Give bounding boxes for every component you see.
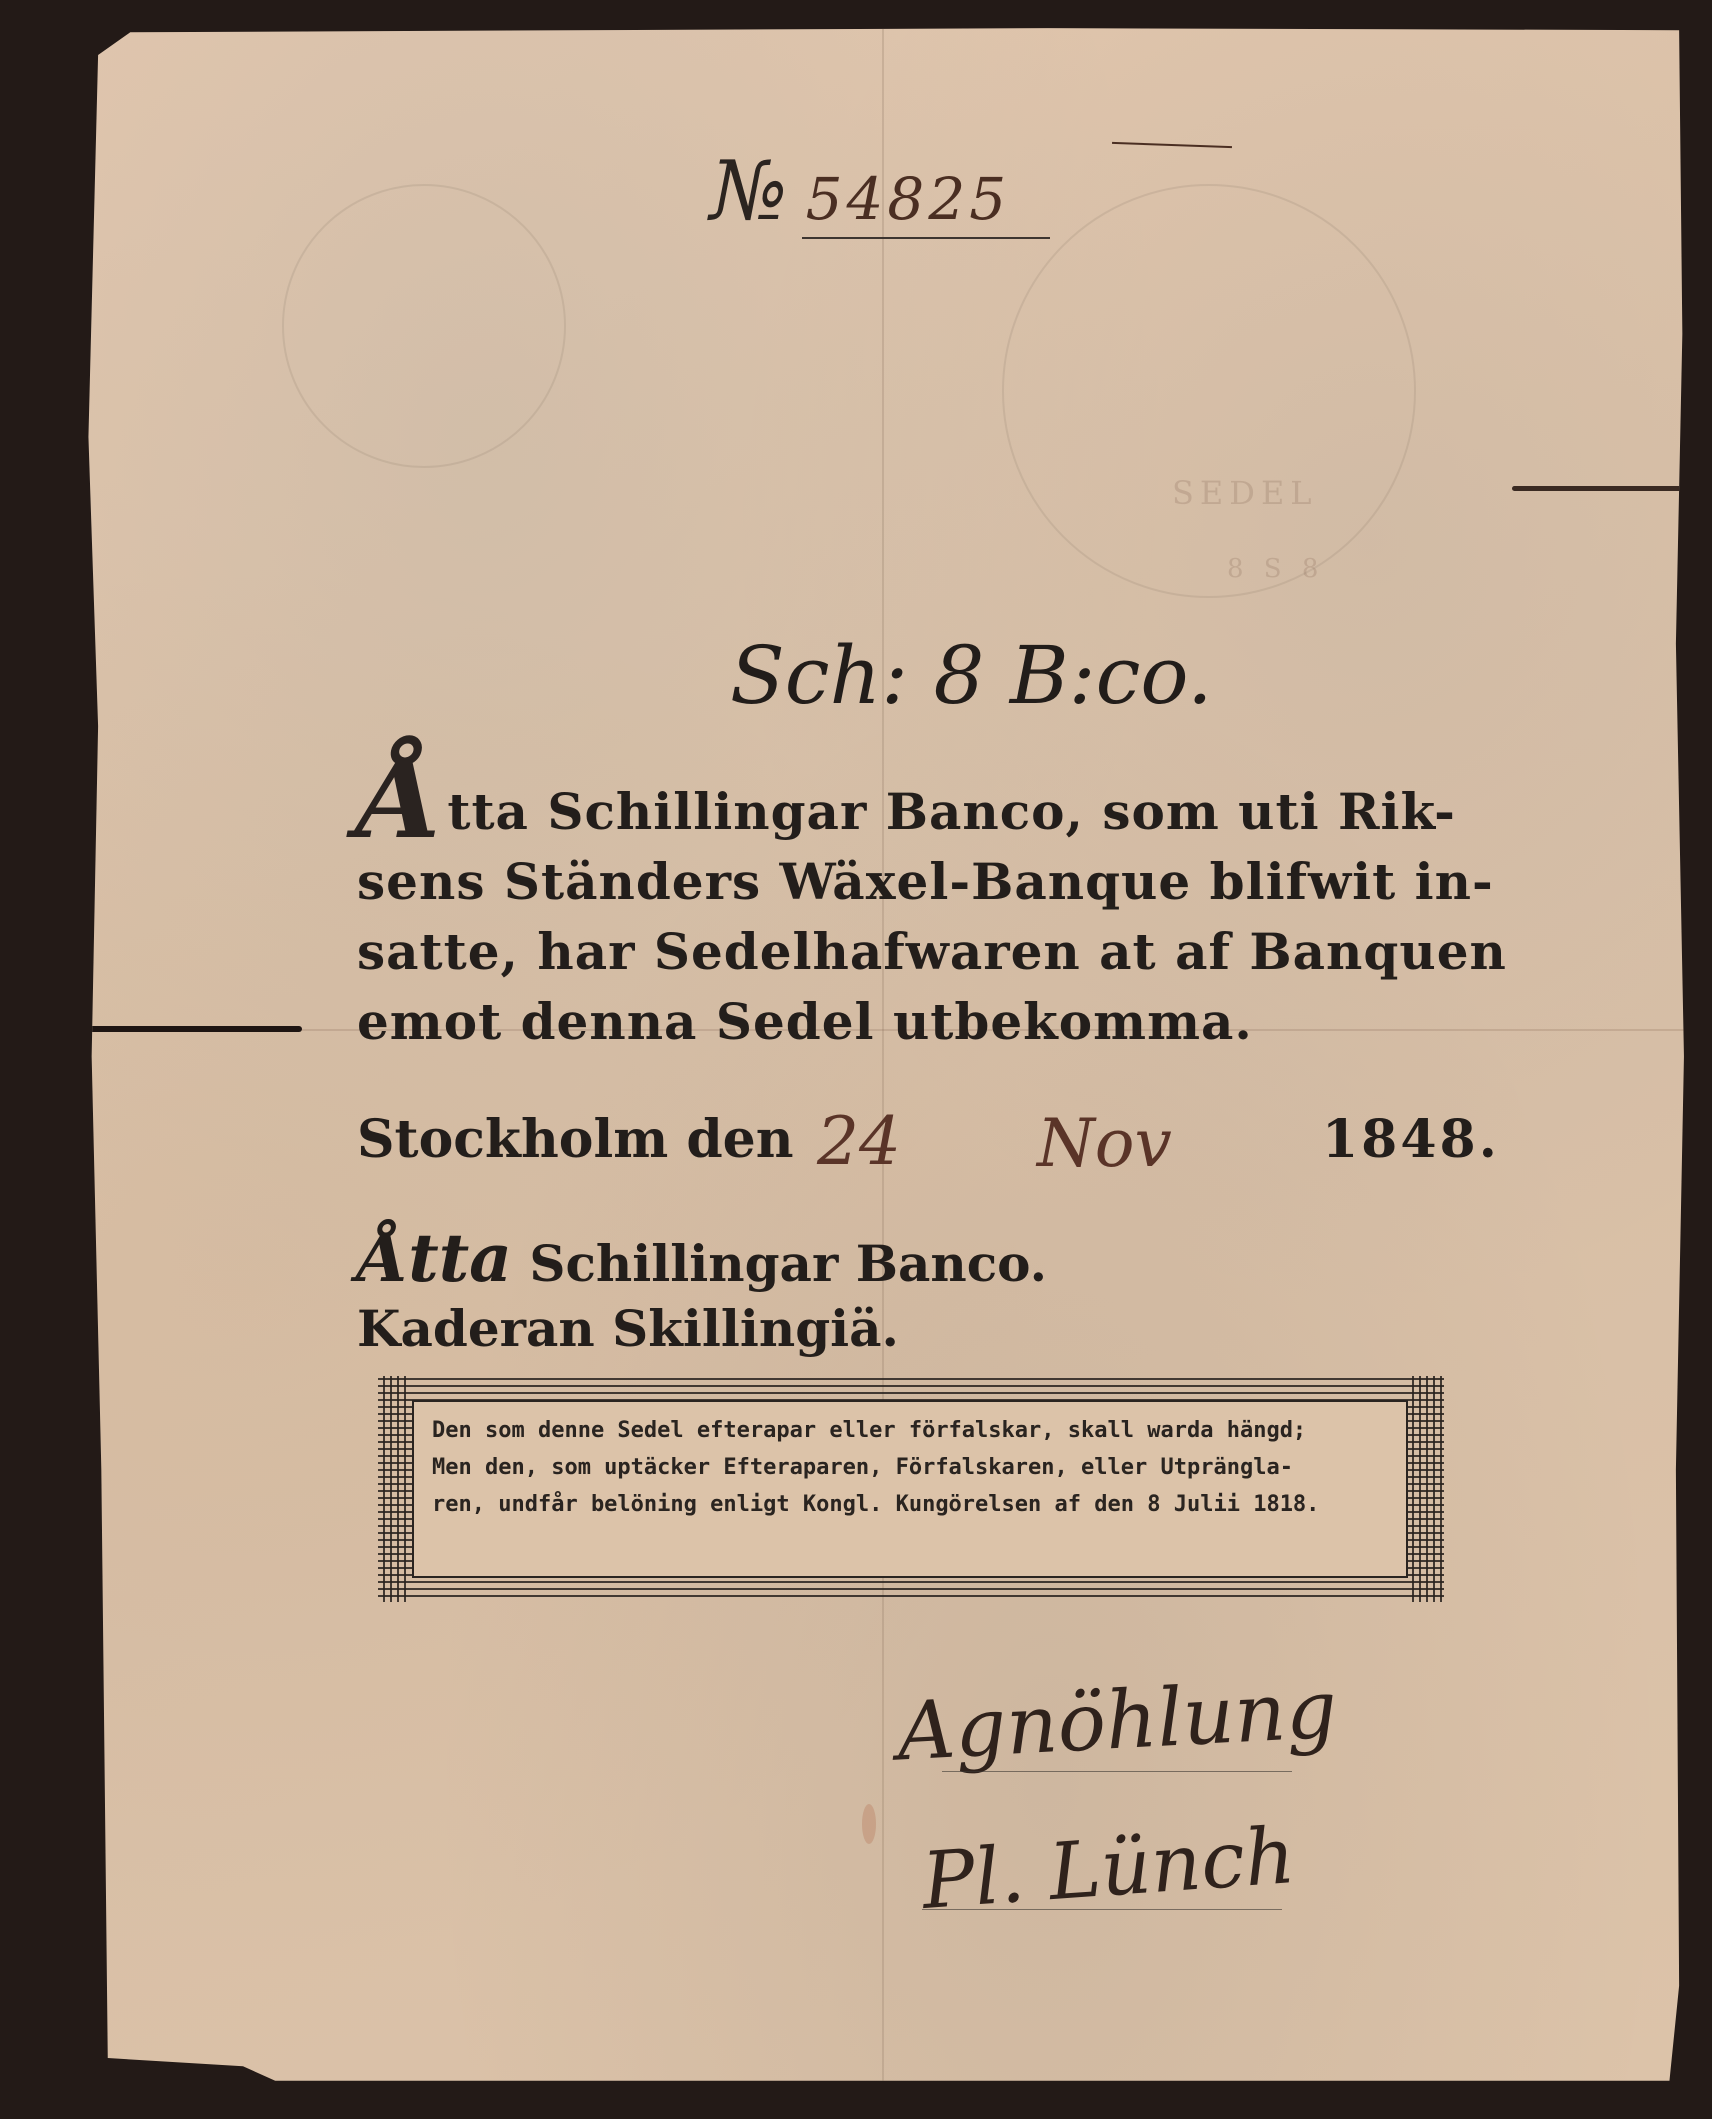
ink-stain (862, 1804, 876, 1844)
date-month-handwritten: Nov (1037, 1105, 1172, 1182)
faint-seal-left (282, 184, 566, 468)
dropcap: Å (357, 734, 443, 863)
promise-line-4: emot denna Sedel utbekomma. (357, 987, 1507, 1057)
warning-line-1: Den som denne Sedel efterapar eller förf… (432, 1412, 1388, 1449)
watermark-line-1: SEDEL (1172, 474, 1318, 512)
denomination-mark: Sch: 8 B:co. (730, 629, 1213, 722)
serial-flourish (1112, 142, 1232, 148)
promise-line-2: sens Ständers Wäxel-Banque blifwit in- (357, 847, 1507, 917)
banknote: SEDEL 8 S 8 № 54825 Sch: 8 B:co. Åtta Sc… (82, 24, 1692, 2089)
watermark-line-2: 8 S 8 (1227, 554, 1324, 584)
signature-1: Agnöhlung (895, 1663, 1339, 1779)
serial-number: № 54825 (710, 144, 1050, 239)
promise-line-1: Åtta Schillingar Banco, som uti Rik- (357, 769, 1507, 847)
date-prefix: Stockholm den (357, 1109, 794, 1170)
warning-line-2: Men den, som uptäcker Efteraparen, Förfa… (432, 1449, 1388, 1486)
issue-date: Stockholm den 24 Nov 1848. (357, 1109, 1487, 1189)
signature-rule-1 (942, 1771, 1292, 1772)
counterfeit-warning-text: Den som denne Sedel efterapar eller förf… (412, 1400, 1408, 1578)
date-year: 1848. (1322, 1109, 1500, 1170)
left-tear (82, 1026, 302, 1032)
amount-finnish: Kaderan Skillingiä. (357, 1299, 899, 1358)
amount-swedish: Åtta Schillingar Banco. (357, 1219, 1047, 1297)
warning-line-3: ren, undfår belöning enligt Kongl. Kungö… (432, 1486, 1388, 1523)
signature-rule-2 (922, 1909, 1282, 1910)
faint-seal-right (1002, 184, 1416, 598)
counterfeit-warning-box: Den som denne Sedel efterapar eller förf… (378, 1376, 1444, 1602)
date-day-handwritten: 24 (817, 1103, 901, 1180)
right-tear (1512, 486, 1692, 491)
promise-line-3: satte, har Sedelhafwaren at af Banquen (357, 917, 1507, 987)
numero-sign: № (710, 144, 788, 239)
promise-text: Åtta Schillingar Banco, som uti Rik- sen… (357, 769, 1507, 1057)
serial-value: 54825 (802, 165, 1051, 239)
